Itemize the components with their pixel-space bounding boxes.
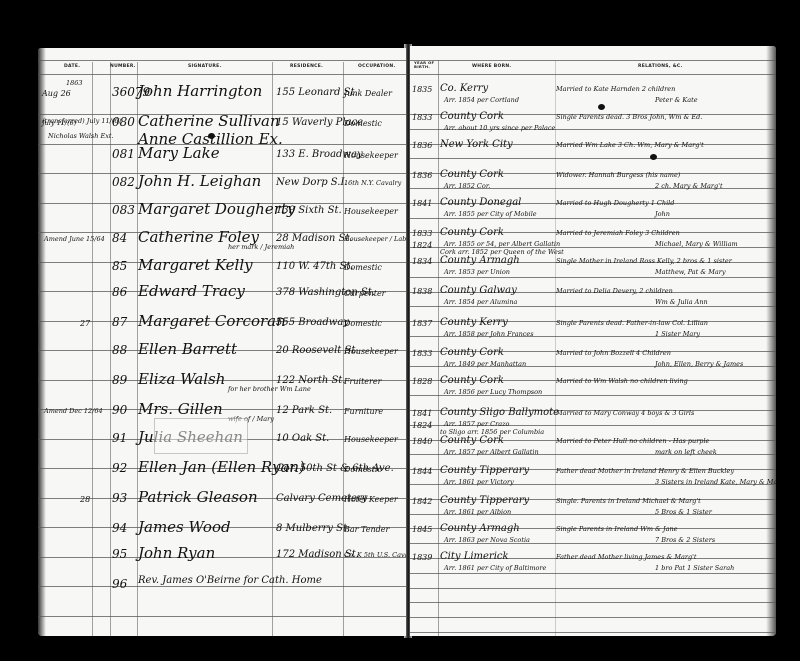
row-rule	[410, 306, 776, 307]
entry-arrival: Arr. 1856 per Lucy Thompson	[444, 389, 542, 396]
entry-birth-year: 1839	[412, 554, 432, 562]
entry-date: Amend Dec 12/64	[44, 408, 103, 415]
entry-occupation: Furniture	[344, 408, 383, 416]
entry-where-born: City Limerick	[440, 552, 509, 562]
margin-note-executor: Nicholas Walsh Ext.	[48, 133, 114, 140]
entry-number: 84	[112, 232, 127, 244]
entry-arrival: Arr. 1854 per Cortland	[444, 97, 519, 104]
entry-date: 28	[80, 496, 90, 504]
entry-relations: Father dead Mother living James & Marg't	[556, 554, 697, 561]
page-shadow	[766, 46, 776, 636]
entry-relations-detail: 3 Sisters in Ireland Kate, Mary & Marg't	[655, 479, 776, 486]
entry-number: 87	[112, 316, 127, 328]
entry-birth-year: 1835	[412, 86, 432, 94]
header-rule-bottom	[410, 74, 776, 75]
entry-arrival: Arr. 1849 per Manhattan	[444, 361, 526, 368]
entry-birth-year: 1834	[412, 258, 432, 266]
entry-relations-detail: 5 Bros & 1 Sister	[655, 509, 712, 516]
entry-occupation: 16th N.Y. Cavalry	[344, 180, 401, 187]
entry-arrival: Arr. 1853 per Union	[444, 269, 510, 276]
entry-birth-year: 1833	[412, 114, 432, 122]
ink-blot	[208, 133, 215, 139]
entry-residence: 555 Broadway	[276, 318, 349, 328]
row-rule	[410, 588, 776, 589]
right-ledger-page: Year of Birth. Where Born. Relations, &c…	[410, 46, 776, 636]
entry-occupation: Fruiterer	[344, 378, 381, 386]
entry-residence: 8 Mulberry St.	[276, 524, 350, 534]
entry-relations-detail: 1 bro Pat 1 Sister Sarah	[655, 565, 734, 572]
row-rule	[410, 573, 776, 574]
entry-occupation: Housekeeper	[344, 152, 398, 160]
entry-relations-detail: Wm & Julia Ann	[655, 299, 708, 306]
ink-blot	[650, 154, 657, 160]
entry-birth-year: 1836	[412, 172, 432, 180]
entry-signature: John H. Leighan	[138, 174, 261, 189]
entry-relations: Married to Kate Harnden 2 children	[556, 86, 675, 93]
entry-where-born: County Cork	[440, 348, 504, 358]
entry-relations: Married to Wm Walsh no children living	[556, 378, 688, 385]
header-residence: Residence.	[290, 64, 323, 69]
entry-signature: Patrick Gleason	[138, 490, 258, 505]
row-rule	[410, 602, 776, 603]
entry-birth-year: 1836	[412, 142, 432, 150]
entry-signature: Mary Lake	[138, 146, 220, 161]
entry-residence: 28 Madison St.	[276, 234, 353, 244]
entry-relations: Married to Hugh Dougherty 1 Child	[556, 200, 674, 207]
entry-birth-year: 1841	[412, 410, 432, 418]
entry-residence: 12 Park St.	[276, 406, 332, 416]
entry-residence: 10 Oak St.	[276, 434, 329, 444]
entry-occupation: Housekeeper	[344, 436, 398, 444]
entry-where-born: New York City	[440, 140, 513, 150]
entry-occupation: Bar Tender	[344, 526, 389, 534]
entry-residence: 122 North St.	[276, 376, 346, 386]
entry-signature: Catherine Sullivan	[138, 114, 280, 129]
entry-where-born: County Donegal	[440, 198, 521, 208]
row-rule	[38, 586, 406, 587]
entry-signature: Margaret Kelly	[138, 258, 253, 273]
entry-number: 96	[112, 578, 127, 590]
header-year-of-birth: Year of Birth.	[414, 61, 436, 69]
entry-arrival: Arr. 1861 per Albion	[444, 509, 511, 516]
header-relations: Relations, &c.	[638, 64, 683, 69]
entry-birth-year: 1842	[412, 498, 432, 506]
entry-occupation: Domestic	[344, 320, 382, 328]
entry-where-born: County Cork	[440, 376, 504, 386]
entry-arrival: Arr. 1857 per Albert Gallatin	[444, 449, 539, 456]
entry-number: 91	[112, 432, 127, 444]
entry-occupation: Junk Dealer	[344, 90, 392, 98]
entry-birth-year: 1841	[412, 200, 432, 208]
entry-where-born: County Cork	[440, 170, 504, 180]
entry-signature: Margaret Dougherty	[138, 202, 295, 217]
entry-relations-detail: mark on left cheek	[655, 449, 717, 456]
entry-date: Aug 26	[42, 90, 71, 98]
header-number: Number.	[110, 64, 136, 69]
entry-where-born: County Kerry	[440, 318, 508, 328]
column-rule	[438, 60, 439, 636]
entry-number: 90	[112, 404, 127, 416]
header-rule-bottom	[38, 74, 406, 75]
entry-arrival: Arr. 1852 Cor.	[444, 183, 490, 190]
entry-arrival: Arr. 1863 per Nova Scotia	[444, 537, 530, 544]
entry-relations: Married to Peter Hull no children - Has …	[556, 438, 709, 445]
entry-relations-detail: John	[655, 211, 670, 218]
ink-blot	[598, 104, 605, 110]
entry-relations: Single Mother in Ireland Ross Kelly, 2 b…	[556, 258, 732, 265]
entry-birth-year: 1828	[412, 378, 432, 386]
entry-occupation: Housekeeper	[344, 348, 398, 356]
entry-birth-year: 1837	[412, 320, 432, 328]
entry-relations-detail: 7 Bros & 2 Sisters	[655, 537, 715, 544]
entry-relations: Father dead Mother in Ireland Henry & El…	[556, 468, 734, 475]
entry-signature: Mrs. Gillen	[138, 402, 223, 417]
entry-relations: Married to Mary Conway 4 boys & 3 Girls	[556, 410, 694, 417]
entry-signature: Rev. James O'Beirne for Cath. Home	[138, 576, 322, 586]
entry-where-born: County Cork	[440, 228, 504, 238]
entry-occupation: Housekeeper	[344, 208, 398, 216]
year-note: 1863	[66, 80, 83, 87]
row-rule	[410, 632, 776, 633]
entry-relations-detail: 1 Sister Mary	[655, 331, 700, 338]
entry-number: 88	[112, 344, 127, 356]
entry-number: 93	[112, 492, 127, 504]
entry-signature: Eliza Walsh	[138, 372, 225, 387]
margin-note-transfer: (transferred) July 11/(6)	[42, 118, 121, 125]
entry-signature: Edward Tracy	[138, 284, 245, 299]
entry-arrival: Arr. 1861 per Victory	[444, 479, 514, 486]
entry-date: Amend June 15/64	[44, 236, 105, 243]
entry-occupation: Domestic	[344, 264, 382, 272]
entry-relations: Single Parents dead. Father-in-law Col. …	[556, 320, 708, 327]
entry-relations: Married to Jeremiah Foley 3 Children	[556, 230, 680, 237]
entry-occupation: Domestic	[344, 120, 382, 128]
entry-relations-detail: Peter & Kate	[655, 97, 698, 104]
entry-relations: Single Parents in Ireland Wm & Jane	[556, 526, 677, 533]
column-rule	[272, 62, 273, 636]
row-rule	[410, 617, 776, 618]
entry-birth-year: 1833	[412, 350, 432, 358]
entry-relations: Married to Delia Devery, 2 children	[556, 288, 673, 295]
entry-where-born: County Cork	[440, 112, 504, 122]
entry-where-born: County Armagh	[440, 256, 520, 266]
entry-occupation: Housekeeper / Laborer	[344, 236, 406, 243]
entry-number: 082	[112, 176, 135, 188]
entry-number: 92	[112, 462, 127, 474]
entry-relations-detail: Matthew, Pat & Mary	[655, 269, 726, 276]
entry-where-born: County Armagh	[440, 524, 520, 534]
entry-relations: Married to John Bozzell 4 Children	[556, 350, 671, 357]
entry-arrival: Arr. 1855 per City of Mobile	[444, 211, 537, 218]
entry-arrival: Arr. 1861 per City of Baltimore	[444, 565, 546, 572]
row-rule	[410, 158, 776, 159]
header-occupation: Occupation.	[358, 64, 395, 69]
entry-relations: Single. Parents in Ireland Michael & Mar…	[556, 498, 701, 505]
entry-relations-detail: 2 ch. Mary & Marg't	[655, 183, 723, 190]
page-shadow	[38, 48, 46, 636]
row-rule	[410, 218, 776, 219]
column-rule	[110, 62, 111, 636]
entry-date: 27	[80, 320, 90, 328]
entry-residence: New Dorp S.I.	[276, 178, 348, 188]
entry-relations: Widower. Hannah Burgess (his name)	[556, 172, 680, 179]
entry-occupation: Co. K 5th U.S. Cavalry	[344, 552, 406, 559]
entry-birth-year: 1844	[412, 468, 432, 476]
entry-occupation: Carpenter	[344, 290, 386, 298]
row-rule	[38, 616, 406, 617]
entry-arrival: Arr. 1855 or 54, per Albert Gallatin	[444, 241, 560, 248]
entry-relations-detail: John, Ellen, Berry & James	[655, 361, 743, 368]
entry-where-born: County Cork	[440, 436, 504, 446]
entry-birth-year: 1840	[412, 438, 432, 446]
entry-relations: Single Parents dead. 3 Bros John, Wm & E…	[556, 114, 702, 121]
entry-occupation: Hotel Keeper	[344, 496, 398, 504]
entry-birth-year: 1845	[412, 526, 432, 534]
entry-birth-year-alt: 1824	[412, 242, 432, 250]
entry-signature: Ellen Barrett	[138, 342, 237, 357]
entry-signature: John Harrington	[138, 84, 262, 99]
header-signature: Signature.	[188, 64, 221, 69]
entry-where-born: County Tipperary	[440, 466, 529, 476]
entry-number: 89	[112, 374, 127, 386]
entry-birth-year: 1833	[412, 230, 432, 238]
signature-note: for her brother Wm Lane	[228, 386, 311, 393]
entry-number: 95	[112, 548, 127, 560]
entry-arrival: Arr. about 10 yrs since per Palace	[444, 125, 555, 132]
entry-signature: James Wood	[138, 520, 231, 535]
entry-residence: 139 Sixth St.	[276, 206, 342, 216]
row-rule	[410, 277, 776, 278]
entry-where-born: County Sligo Ballymote	[440, 408, 559, 418]
entry-number: 083	[112, 204, 135, 216]
header-where-born: Where Born.	[472, 64, 511, 69]
entry-where-born: County Galway	[440, 286, 517, 296]
entry-occupation: Domestic	[344, 466, 382, 474]
entry-where-born: County Tipperary	[440, 496, 529, 506]
entry-number: 94	[112, 522, 127, 534]
entry-residence: 110 W. 47th St.	[276, 262, 354, 272]
entry-relations-detail: Michael, Mary & William	[655, 241, 738, 248]
entry-signature: John Ryan	[138, 546, 215, 561]
entry-arrival: Arr. 1854 per Alumina	[444, 299, 517, 306]
entry-number: 86	[112, 286, 127, 298]
pasted-paper-slip	[154, 418, 248, 454]
signature-note: her mark / Jeremiah	[228, 244, 294, 251]
entry-number: 85	[112, 260, 127, 272]
header-rule-top	[410, 60, 776, 61]
entry-arrival: Arr. 1857 per Crazo	[444, 421, 509, 428]
header-date: Date.	[64, 64, 80, 69]
left-ledger-page: Date. Number. Signature. Residence. Occu…	[38, 48, 406, 636]
header-rule-top	[38, 60, 406, 61]
entry-number: 081	[112, 148, 135, 160]
column-rule	[92, 62, 93, 636]
entry-birth-year-alt: 1824	[412, 422, 432, 430]
entry-arrival: Arr. 1858 per John Frances	[444, 331, 534, 338]
entry-signature: Margaret Corcoran	[138, 314, 286, 329]
entry-where-born: Co. Kerry	[440, 84, 488, 94]
entry-birth-year: 1838	[412, 288, 432, 296]
entry-relations: Married Wm Lake 3 Ch. Wm, Mary & Marg't	[556, 142, 704, 149]
